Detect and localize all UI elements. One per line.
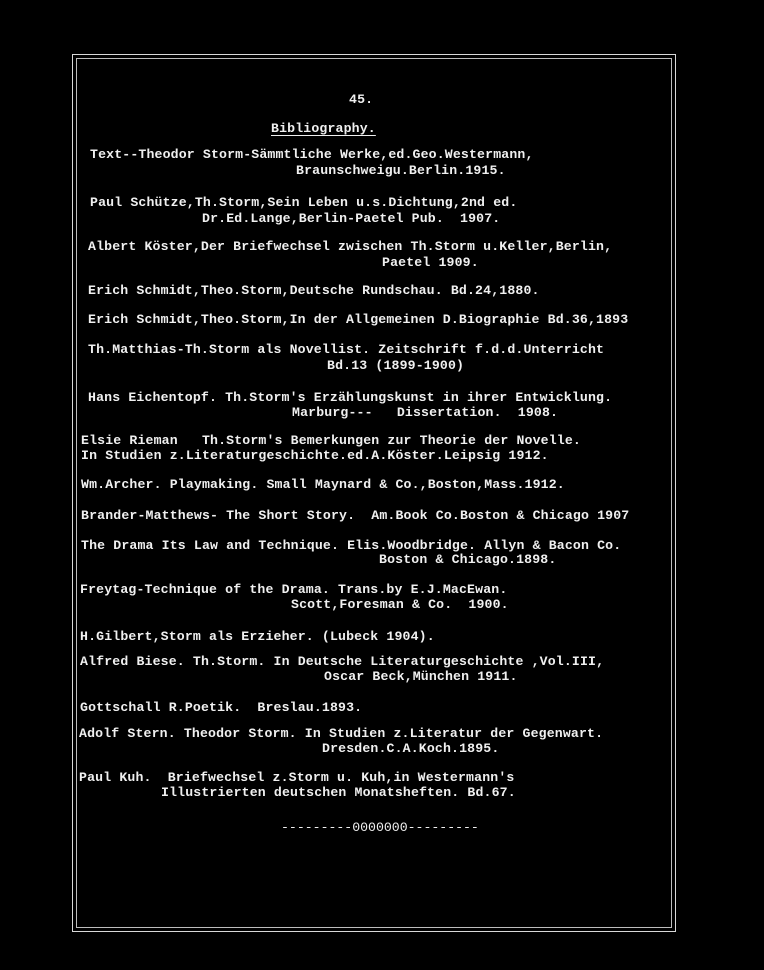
page-title: Bibliography. bbox=[271, 121, 376, 136]
entry-line: Oscar Beck,München 1911. bbox=[324, 669, 518, 684]
entry-line: Illustrierten deutschen Monatsheften. Bd… bbox=[161, 785, 516, 800]
entry-line: Boston & Chicago.1898. bbox=[379, 552, 556, 567]
entry-line: Paul Kuh. Briefwechsel z.Storm u. Kuh,in… bbox=[79, 770, 514, 785]
entry-line: The Drama Its Law and Technique. Elis.Wo… bbox=[81, 538, 621, 553]
entry-line: Braunschweigu.Berlin.1915. bbox=[296, 163, 506, 178]
entry-line: Gottschall R.Poetik. Breslau.1893. bbox=[80, 700, 362, 715]
entry-line: H.Gilbert,Storm als Erzieher. (Lubeck 19… bbox=[80, 629, 435, 644]
entry-line: In Studien z.Literaturgeschichte.ed.A.Kö… bbox=[81, 448, 549, 463]
entry-line: Adolf Stern. Theodor Storm. In Studien z… bbox=[79, 726, 603, 741]
entry-line: Paul Schütze,Th.Storm,Sein Leben u.s.Dic… bbox=[90, 195, 517, 210]
entry-line: Th.Matthias-Th.Storm als Novellist. Zeit… bbox=[88, 342, 604, 357]
entry-line: Elsie Rieman Th.Storm's Bemerkungen zur … bbox=[81, 433, 581, 448]
end-divider: ---------0000000--------- bbox=[281, 820, 479, 835]
entry-line: Alfred Biese. Th.Storm. In Deutsche Lite… bbox=[80, 654, 604, 669]
entry-line: Bd.13 (1899-1900) bbox=[327, 358, 464, 373]
entry-line: Text--Theodor Storm-Sämmtliche Werke,ed.… bbox=[90, 147, 534, 162]
entry-line: Erich Schmidt,Theo.Storm,In der Allgemei… bbox=[88, 312, 628, 327]
entry-line: Paetel 1909. bbox=[382, 255, 479, 270]
entry-line: Erich Schmidt,Theo.Storm,Deutsche Rundsc… bbox=[88, 283, 540, 298]
entry-line: Scott,Foresman & Co. 1900. bbox=[291, 597, 509, 612]
entry-line: Freytag-Technique of the Drama. Trans.by… bbox=[80, 582, 507, 597]
entry-line: Dresden.C.A.Koch.1895. bbox=[322, 741, 499, 756]
entry-line: Hans Eichentopf. Th.Storm's Erzählungsku… bbox=[88, 390, 612, 405]
page-number: 45. bbox=[349, 92, 373, 107]
entry-line: Brander-Matthews- The Short Story. Am.Bo… bbox=[81, 508, 629, 523]
entry-line: Albert Köster,Der Briefwechsel zwischen … bbox=[88, 239, 612, 254]
entry-line: Marburg--- Dissertation. 1908. bbox=[292, 405, 558, 420]
entry-line: Wm.Archer. Playmaking. Small Maynard & C… bbox=[81, 477, 565, 492]
entry-line: Dr.Ed.Lange,Berlin-Paetel Pub. 1907. bbox=[202, 211, 500, 226]
